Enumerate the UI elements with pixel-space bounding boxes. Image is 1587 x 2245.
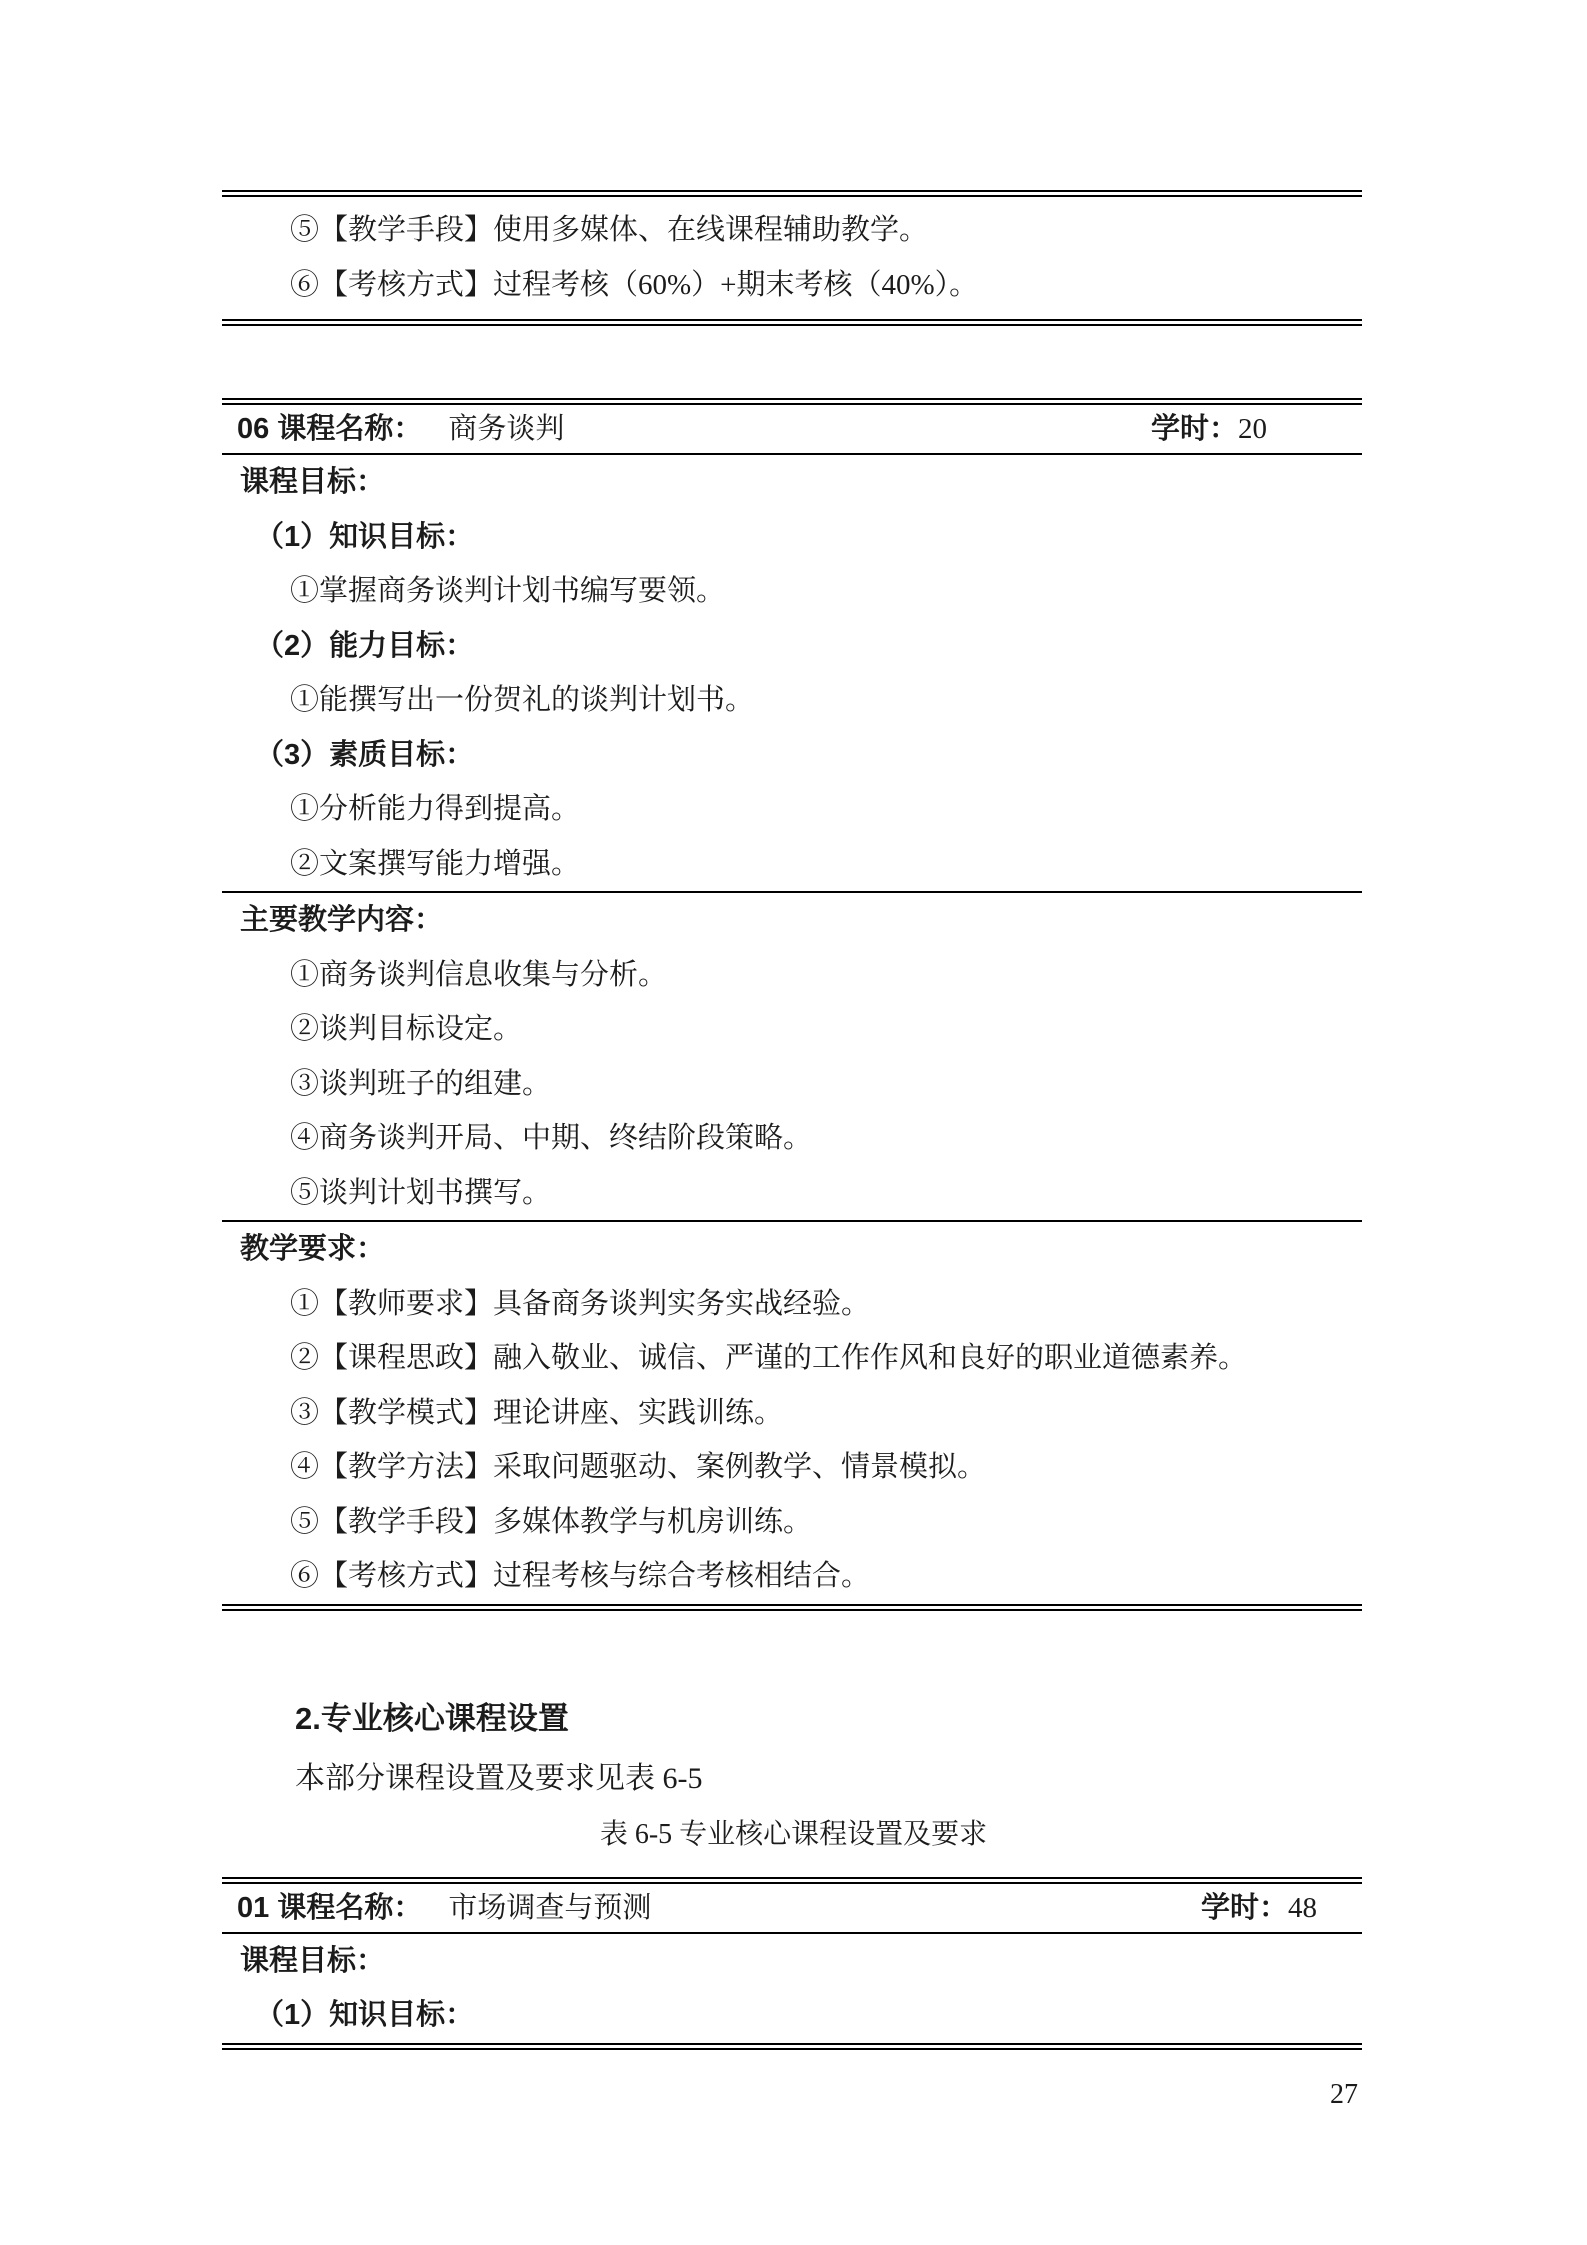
section-heading: 2.专业核心课程设置 [295,1697,1587,1741]
course-06-objectives-section: 课程目标： （1）知识目标： ①掌握商务谈判计划书编写要领。 （2）能力目标： … [222,453,1362,891]
list-item: ②文案撰写能力增强。 [222,837,1362,892]
list-item: ①商务谈判信息收集与分析。 [222,948,1362,1003]
list-item: ④【教学方法】采取问题驱动、案例教学、情景模拟。 [222,1440,1362,1495]
section-title: 教学要求： [222,1222,1362,1277]
list-item: ①能撰写出一份贺礼的谈判计划书。 [222,673,1362,728]
course-code-label: 06 课程名称： [237,405,422,453]
page-number: 27 [1330,2080,1358,2110]
core-course-section-heading: 2.专业核心课程设置 本部分课程设置及要求见表 6-5 [295,1697,1587,1801]
prev-course-table-tail: ⑤【教学手段】使用多媒体、在线课程辅助教学。 ⑥【考核方式】过程考核（60%）+… [222,190,1362,326]
objective-heading: （2）能力目标： [222,619,1362,674]
section-title: 主要教学内容： [222,893,1362,948]
list-item: ④商务谈判开局、中期、终结阶段策略。 [222,1111,1362,1166]
list-item: ①分析能力得到提高。 [222,782,1362,837]
hours-value: 20 [1238,413,1267,445]
section-intro: 本部分课程设置及要求见表 6-5 [295,1757,1587,1801]
course-hours: 学时：48 [1201,1884,1317,1932]
course-code-label: 01 课程名称： [237,1884,422,1932]
list-item: ⑤【教学手段】使用多媒体、在线课程辅助教学。 [222,203,1362,258]
objective-heading: （1）知识目标： [222,510,1362,565]
objective-heading: （3）素质目标： [222,728,1362,783]
list-item: ②谈判目标设定。 [222,1002,1362,1057]
course-06-requirements-section: 教学要求： ①【教师要求】具备商务谈判实务实战经验。 ②【课程思政】融入敬业、诚… [222,1220,1362,1604]
course-01-objectives-section: 课程目标： （1）知识目标： [222,1932,1362,2043]
course-01-table: 01 课程名称： 市场调查与预测 学时：48 课程目标： （1）知识目标： [222,1877,1362,2050]
list-item: ②【课程思政】融入敬业、诚信、严谨的工作作风和良好的职业道德素养。 [222,1331,1362,1386]
section-title: 课程目标： [222,455,1362,510]
section-title: 课程目标： [222,1934,1362,1989]
list-item: ⑥【考核方式】过程考核（60%）+期末考核（40%）。 [222,258,1362,313]
course-06-header-row: 06 课程名称： 商务谈判 学时：20 [222,405,1362,453]
course-name: 市场调查与预测 [448,1884,651,1932]
list-item: ⑤【教学手段】多媒体教学与机房训练。 [222,1495,1362,1550]
list-item: ③【教学模式】理论讲座、实践训练。 [222,1386,1362,1441]
hours-label: 学时： [1201,1892,1288,1924]
table-caption: 表 6-5 专业核心课程设置及要求 [0,1815,1587,1855]
course-01-header-row: 01 课程名称： 市场调查与预测 学时：48 [222,1884,1362,1932]
document-page: ⑤【教学手段】使用多媒体、在线课程辅助教学。 ⑥【考核方式】过程考核（60%）+… [0,0,1587,2245]
list-item: ①掌握商务谈判计划书编写要领。 [222,564,1362,619]
hours-label: 学时： [1151,413,1238,445]
list-item: ⑥【考核方式】过程考核与综合考核相结合。 [222,1549,1362,1604]
list-item: ①【教师要求】具备商务谈判实务实战经验。 [222,1277,1362,1332]
list-item: ③谈判班子的组建。 [222,1057,1362,1112]
course-name: 商务谈判 [448,405,564,453]
objective-heading: （1）知识目标： [222,1988,1362,2043]
course-hours: 学时：20 [1151,405,1267,453]
list-item: ⑤谈判计划书撰写。 [222,1166,1362,1221]
course-06-content-section: 主要教学内容： ①商务谈判信息收集与分析。 ②谈判目标设定。 ③谈判班子的组建。… [222,891,1362,1220]
course-06-table: 06 课程名称： 商务谈判 学时：20 课程目标： （1）知识目标： ①掌握商务… [222,398,1362,1611]
hours-value: 48 [1288,1892,1317,1924]
